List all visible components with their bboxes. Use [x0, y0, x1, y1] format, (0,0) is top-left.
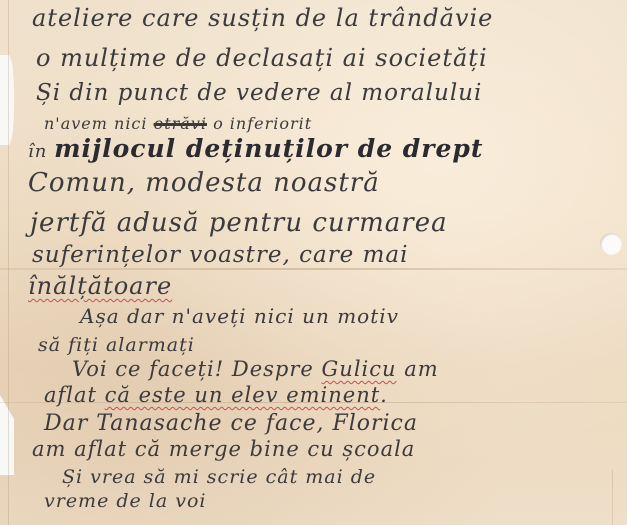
paper-fold-horizontal [0, 268, 627, 270]
letter-line-10: Așa dar n'aveți nici un motiv [80, 304, 399, 328]
letter-line-17: vreme de la voi [44, 490, 207, 512]
letter-line-3: Și din punct de vedere al moralului [36, 80, 482, 106]
underlined-phrase: că este un elev eminent [105, 383, 381, 407]
underlined-word: Gulicu [322, 357, 397, 381]
letter-line-15: am aflat că merge bine cu școala [32, 437, 415, 461]
letter-line-2: o mulțime de declasați ai societăți [36, 44, 488, 72]
text-segment: am [397, 357, 439, 381]
text-segment: Voi ce faceți! Despre [72, 357, 322, 381]
paper-fold-vertical [612, 470, 613, 525]
struck-word: otrăvi [154, 114, 207, 133]
text-segment: o inferiorit [207, 114, 312, 133]
letter-line-12: Voi ce faceți! Despre Gulicu am [72, 357, 439, 381]
text-segment: n'avem nici [44, 114, 154, 133]
letter-line-7: jertfă adusă pentru curmarea [30, 208, 448, 238]
underlined-word: înălțătoare [28, 272, 172, 300]
letter-line-9: înălțătoare [28, 272, 172, 300]
letter-line-6: Comun, modesta noastră [28, 168, 380, 198]
letter-line-13: aflat că este un elev eminent. [44, 383, 388, 407]
punch-hole [600, 233, 622, 255]
letter-line-11: să fiți alarmați [38, 334, 195, 356]
text-segment: . [380, 383, 388, 407]
letter-line-1: ateliere care susțin de la trândăvie [32, 4, 493, 32]
torn-edge [0, 55, 14, 145]
letter-line-5: în mijlocul deținuților de drept [28, 134, 483, 163]
letter-line-8: suferințelor voastre, care mai [32, 242, 408, 268]
text-segment: aflat [44, 383, 105, 407]
text-segment: în [28, 141, 54, 162]
text-segment: mijlocul deținuților de drept [54, 134, 483, 163]
paper-fold-vertical [8, 0, 9, 525]
letter-line-16: Și vrea să mi scrie cât mai de [62, 466, 376, 488]
letter-line-4: n'avem nici otrăvi o inferiorit [44, 114, 312, 133]
letter-line-14: Dar Tanasache ce face, Florica [44, 411, 418, 436]
